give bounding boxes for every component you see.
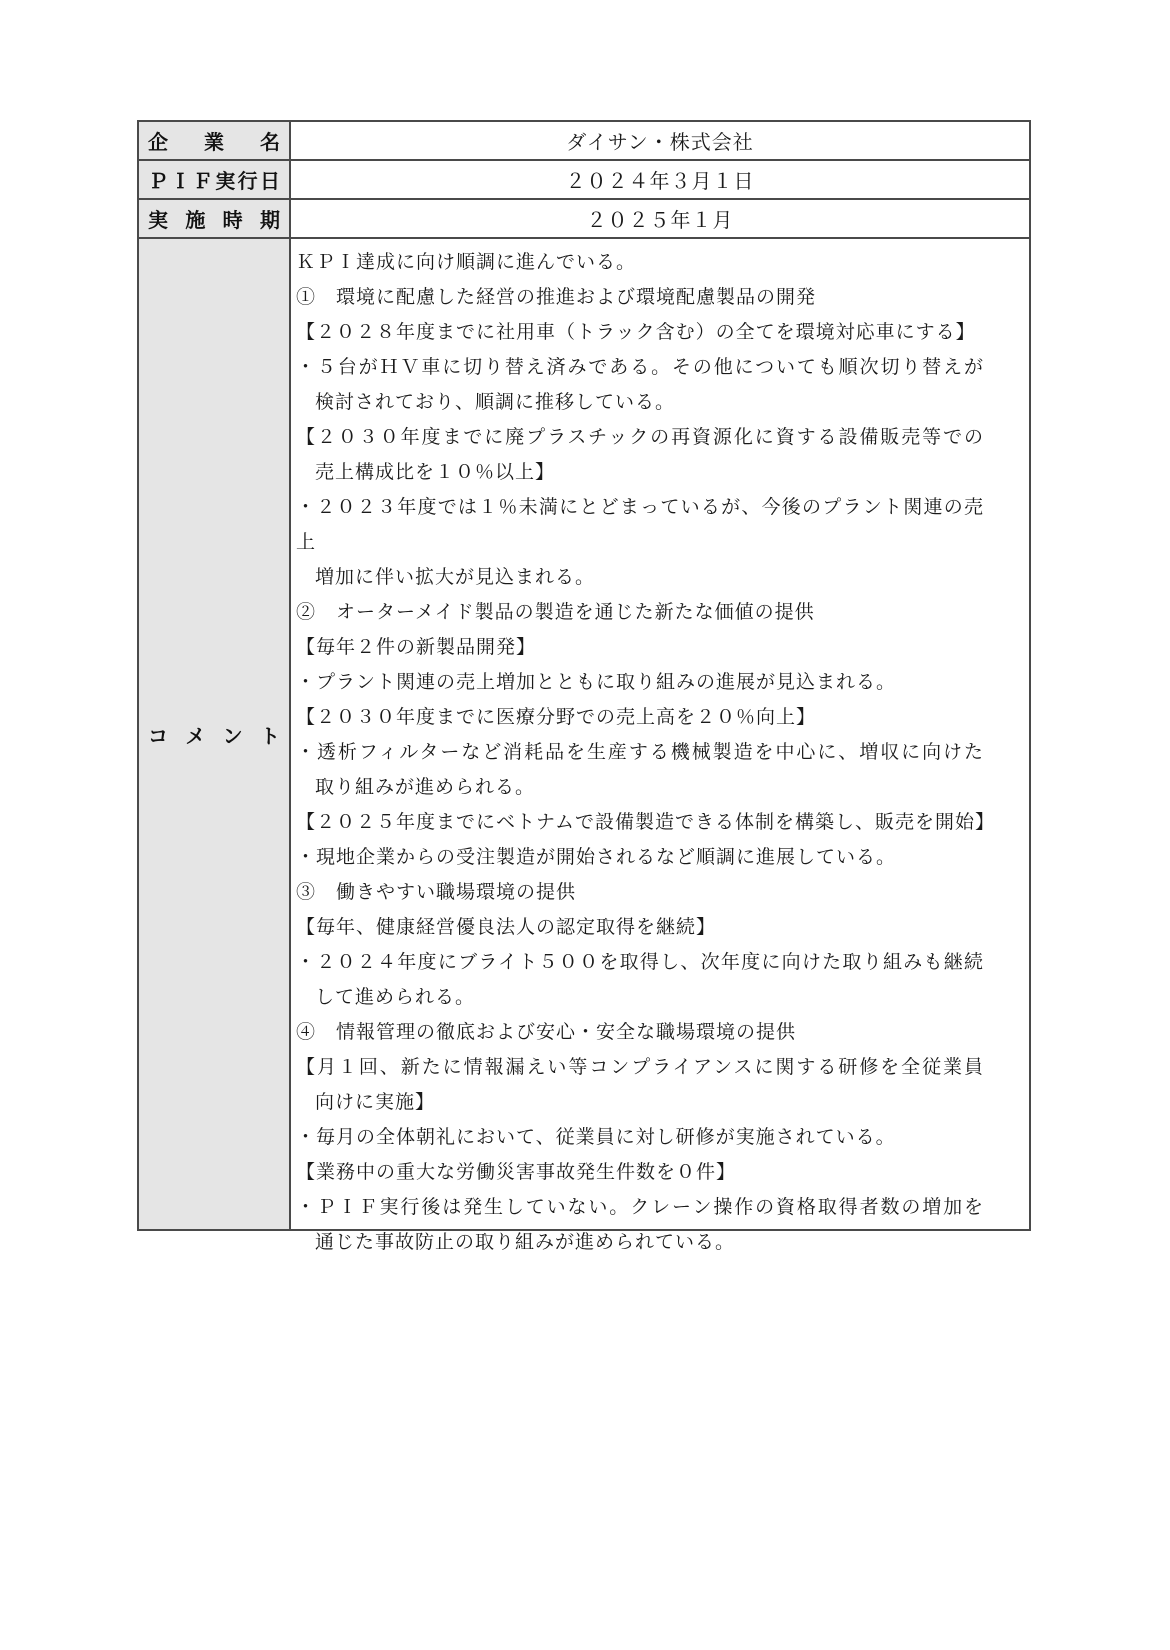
implementation-period-label: 実施時期 bbox=[148, 204, 280, 233]
comment-line: 【２０２５年度までにベトナムで設備製造できる体制を構築し、販売を開始】 bbox=[296, 805, 995, 840]
comment-line: ・現地企業からの受注製造が開始されるなど順調に進展している。 bbox=[296, 840, 995, 875]
comment-line: して進められる。 bbox=[296, 980, 995, 1015]
comment-line: ・２０２３年度では１％未満にとどまっているが、今後のプラント関連の売上 bbox=[296, 490, 984, 560]
comment-line: ・透析フィルターなど消耗品を生産する機械製造を中心に、増収に向けた bbox=[296, 735, 984, 770]
pif-execution-date-value-cell: ２０２４年３月１日 bbox=[291, 161, 1029, 198]
company-name-value: ダイサン・株式会社 bbox=[566, 126, 754, 155]
comment-line: ・毎月の全体朝礼において、従業員に対し研修が実施されている。 bbox=[296, 1120, 995, 1155]
pif-execution-date-label: ＰＩＦ実行日 bbox=[148, 165, 280, 194]
comment-line: 向けに実施】 bbox=[296, 1085, 995, 1120]
comment-line: ・ＰＩＦ実行後は発生していない。クレーン操作の資格取得者数の増加を bbox=[296, 1190, 984, 1225]
implementation-period-label-cell: 実施時期 bbox=[139, 200, 291, 237]
comment-line: 【毎年、健康経営優良法人の認定取得を継続】 bbox=[296, 910, 995, 945]
pif-execution-date-row: ＰＩＦ実行日 ２０２４年３月１日 bbox=[139, 161, 1029, 200]
comment-body: ＫＰＩ達成に向け順調に進んでいる。① 環境に配慮した経営の推進および環境配慮製品… bbox=[291, 239, 1035, 1229]
comment-line: 【月１回、新たに情報漏えい等コンプライアンスに関する研修を全従業員 bbox=[296, 1050, 984, 1085]
pif-report-table: 企業名 ダイサン・株式会社 ＰＩＦ実行日 ２０２４年３月１日 実施時期 ２０２５… bbox=[137, 120, 1031, 1231]
comment-line: ・プラント関連の売上増加とともに取り組みの進展が見込まれる。 bbox=[296, 665, 995, 700]
pif-execution-date-label-cell: ＰＩＦ実行日 bbox=[139, 161, 291, 198]
implementation-period-value: ２０２５年１月 bbox=[587, 204, 734, 233]
implementation-period-value-cell: ２０２５年１月 bbox=[291, 200, 1029, 237]
comment-line: 検討されており、順調に推移している。 bbox=[296, 385, 995, 420]
comment-line: 【２０３０年度までに廃プラスチックの再資源化に資する設備販売等での bbox=[296, 420, 984, 455]
company-name-label-cell: 企業名 bbox=[139, 122, 291, 159]
company-name-label: 企業名 bbox=[148, 126, 280, 155]
comment-line: ④ 情報管理の徹底および安心・安全な職場環境の提供 bbox=[296, 1015, 995, 1050]
comment-line: ③ 働きやすい職場環境の提供 bbox=[296, 875, 995, 910]
comment-line: 通じた事故防止の取り組みが進められている。 bbox=[296, 1225, 995, 1260]
comment-line: 【毎年２件の新製品開発】 bbox=[296, 630, 995, 665]
comment-row: コメント ＫＰＩ達成に向け順調に進んでいる。① 環境に配慮した経営の推進および環… bbox=[139, 239, 1029, 1229]
comment-line: ＫＰＩ達成に向け順調に進んでいる。 bbox=[296, 245, 995, 280]
implementation-period-row: 実施時期 ２０２５年１月 bbox=[139, 200, 1029, 239]
comment-line: ・５台がＨＶ車に切り替え済みである。その他についても順次切り替えが bbox=[296, 350, 984, 385]
comment-line: ② オーターメイド製品の製造を通じた新たな価値の提供 bbox=[296, 595, 995, 630]
comment-line: ・２０２４年度にブライト５００を取得し、次年度に向けた取り組みも継続 bbox=[296, 945, 984, 980]
comment-line: 【２０３０年度までに医療分野での売上高を２０％向上】 bbox=[296, 700, 995, 735]
pif-execution-date-value: ２０２４年３月１日 bbox=[566, 165, 755, 194]
comment-line: 取り組みが進められる。 bbox=[296, 770, 995, 805]
comment-line: 増加に伴い拡大が見込まれる。 bbox=[296, 560, 995, 595]
company-name-value-cell: ダイサン・株式会社 bbox=[291, 122, 1029, 159]
comment-label-cell: コメント bbox=[139, 239, 291, 1229]
comment-line: 売上構成比を１０％以上】 bbox=[296, 455, 995, 490]
comment-line: 【２０２８年度までに社用車（トラック含む）の全てを環境対応車にする】 bbox=[296, 315, 995, 350]
comment-line: 【業務中の重大な労働災害事故発生件数を０件】 bbox=[296, 1155, 995, 1190]
comment-line: ① 環境に配慮した経営の推進および環境配慮製品の開発 bbox=[296, 280, 995, 315]
company-name-row: 企業名 ダイサン・株式会社 bbox=[139, 122, 1029, 161]
comment-label: コメント bbox=[148, 720, 280, 749]
